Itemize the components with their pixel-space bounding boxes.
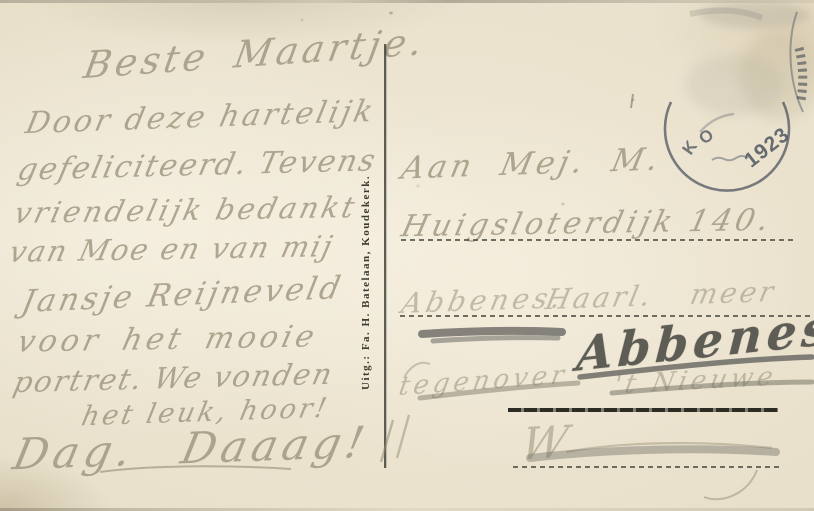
message-salutation: Beste Maartje.	[81, 20, 430, 88]
message-line: portret. We vonden	[10, 357, 337, 400]
message-signature: Jansje Reijneveld	[18, 270, 346, 320]
message-farewell: Dag. Daaag!	[9, 418, 374, 481]
pencil-strike-heavy	[433, 338, 558, 341]
message-line: gefeliciteerd. Tevens	[14, 143, 380, 188]
pencil-tick-mark	[631, 94, 633, 108]
postmark-letter: K	[678, 137, 701, 159]
flourish-stroke	[397, 415, 409, 458]
message-line: vriendelijk bedankt	[11, 190, 361, 230]
pencil-strike-heavy	[422, 331, 562, 334]
top-edge-smudge	[700, 2, 810, 28]
message-line: voor het mooie	[14, 319, 322, 359]
message-line: van Moe en van mij	[6, 229, 337, 269]
centre-divider-line	[384, 44, 386, 468]
publisher-imprint: Uitg.: Fa. H. Batelaan, Koudekerk.	[360, 150, 378, 390]
address-solid-line	[508, 408, 778, 412]
address-final-struck: W	[517, 416, 575, 470]
illegible-script-squiggle	[566, 443, 772, 452]
postmark-letter: O	[695, 125, 718, 149]
descender-flourish	[704, 470, 757, 499]
address-dotted-line	[401, 239, 794, 241]
address-note-struck: tegenover	[397, 360, 571, 402]
address-recipient: Aan Mej. M.	[398, 141, 665, 186]
postcard-back: Beste Maartje. Door deze hartelijk gefel…	[0, 0, 814, 511]
postmark-year: 1923	[740, 123, 795, 173]
flourish-stroke	[381, 420, 393, 462]
corner-aging-smudge	[740, 30, 814, 120]
paper-edge-shadow-top	[0, 0, 814, 3]
address-dotted-line	[513, 466, 779, 468]
message-line: Door deze hartelijk	[22, 94, 378, 141]
